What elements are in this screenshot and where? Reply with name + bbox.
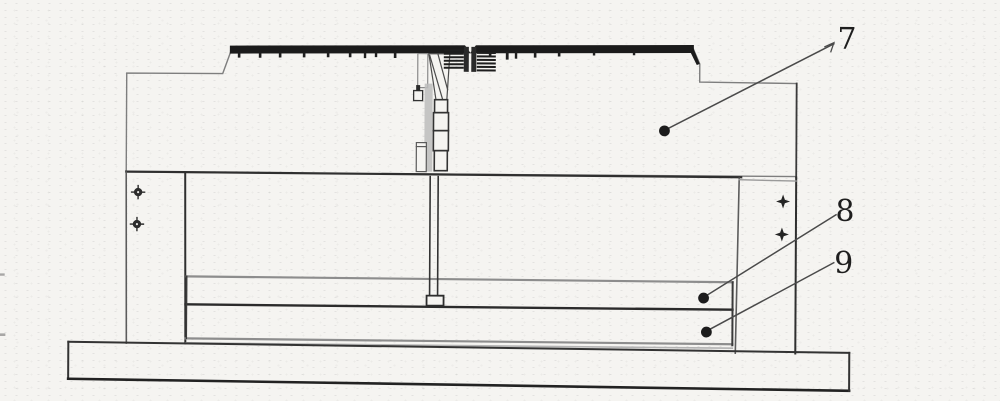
guide-strip (418, 54, 428, 88)
figure-canvas: 7 8 9 (0, 0, 1000, 401)
ejector-base-plate (185, 304, 732, 348)
base-plate (68, 342, 849, 391)
screw-mark-bottom (130, 218, 143, 231)
leader-dots (658, 125, 713, 337)
left-spacer-rail (125, 172, 186, 343)
laminated-block-right (478, 53, 495, 71)
thin-pin-cylinder (416, 143, 426, 172)
leader-dot-7 (659, 125, 670, 136)
clamp-strip-right-step (691, 47, 700, 65)
screw-mark-top (132, 186, 145, 199)
drawing-svg: 7 8 9 (0, 0, 1000, 401)
scan-artifacts (0, 273, 6, 336)
rod-coupling-segments (433, 100, 448, 171)
part-label-9: 9 (834, 246, 853, 281)
ejector-rod-foot (427, 296, 444, 306)
parting-line (126, 172, 741, 178)
star-mark-bottom (775, 227, 789, 241)
leader-line-7 (665, 43, 833, 131)
sprue-gate-assembly (413, 44, 495, 172)
ejector-rod (427, 177, 445, 306)
leader-dot-8 (698, 293, 709, 304)
leader-line-9 (708, 262, 833, 331)
part-label-8: 8 (835, 194, 854, 229)
leader-line-8 (706, 214, 836, 297)
star-mark-top (776, 194, 790, 208)
ejector-retainer-plate (186, 276, 733, 309)
leader-lines (664, 42, 837, 331)
right-spacer-rail (735, 177, 796, 353)
leader-dot-9 (701, 327, 712, 338)
part-label-7: 7 (837, 22, 856, 57)
